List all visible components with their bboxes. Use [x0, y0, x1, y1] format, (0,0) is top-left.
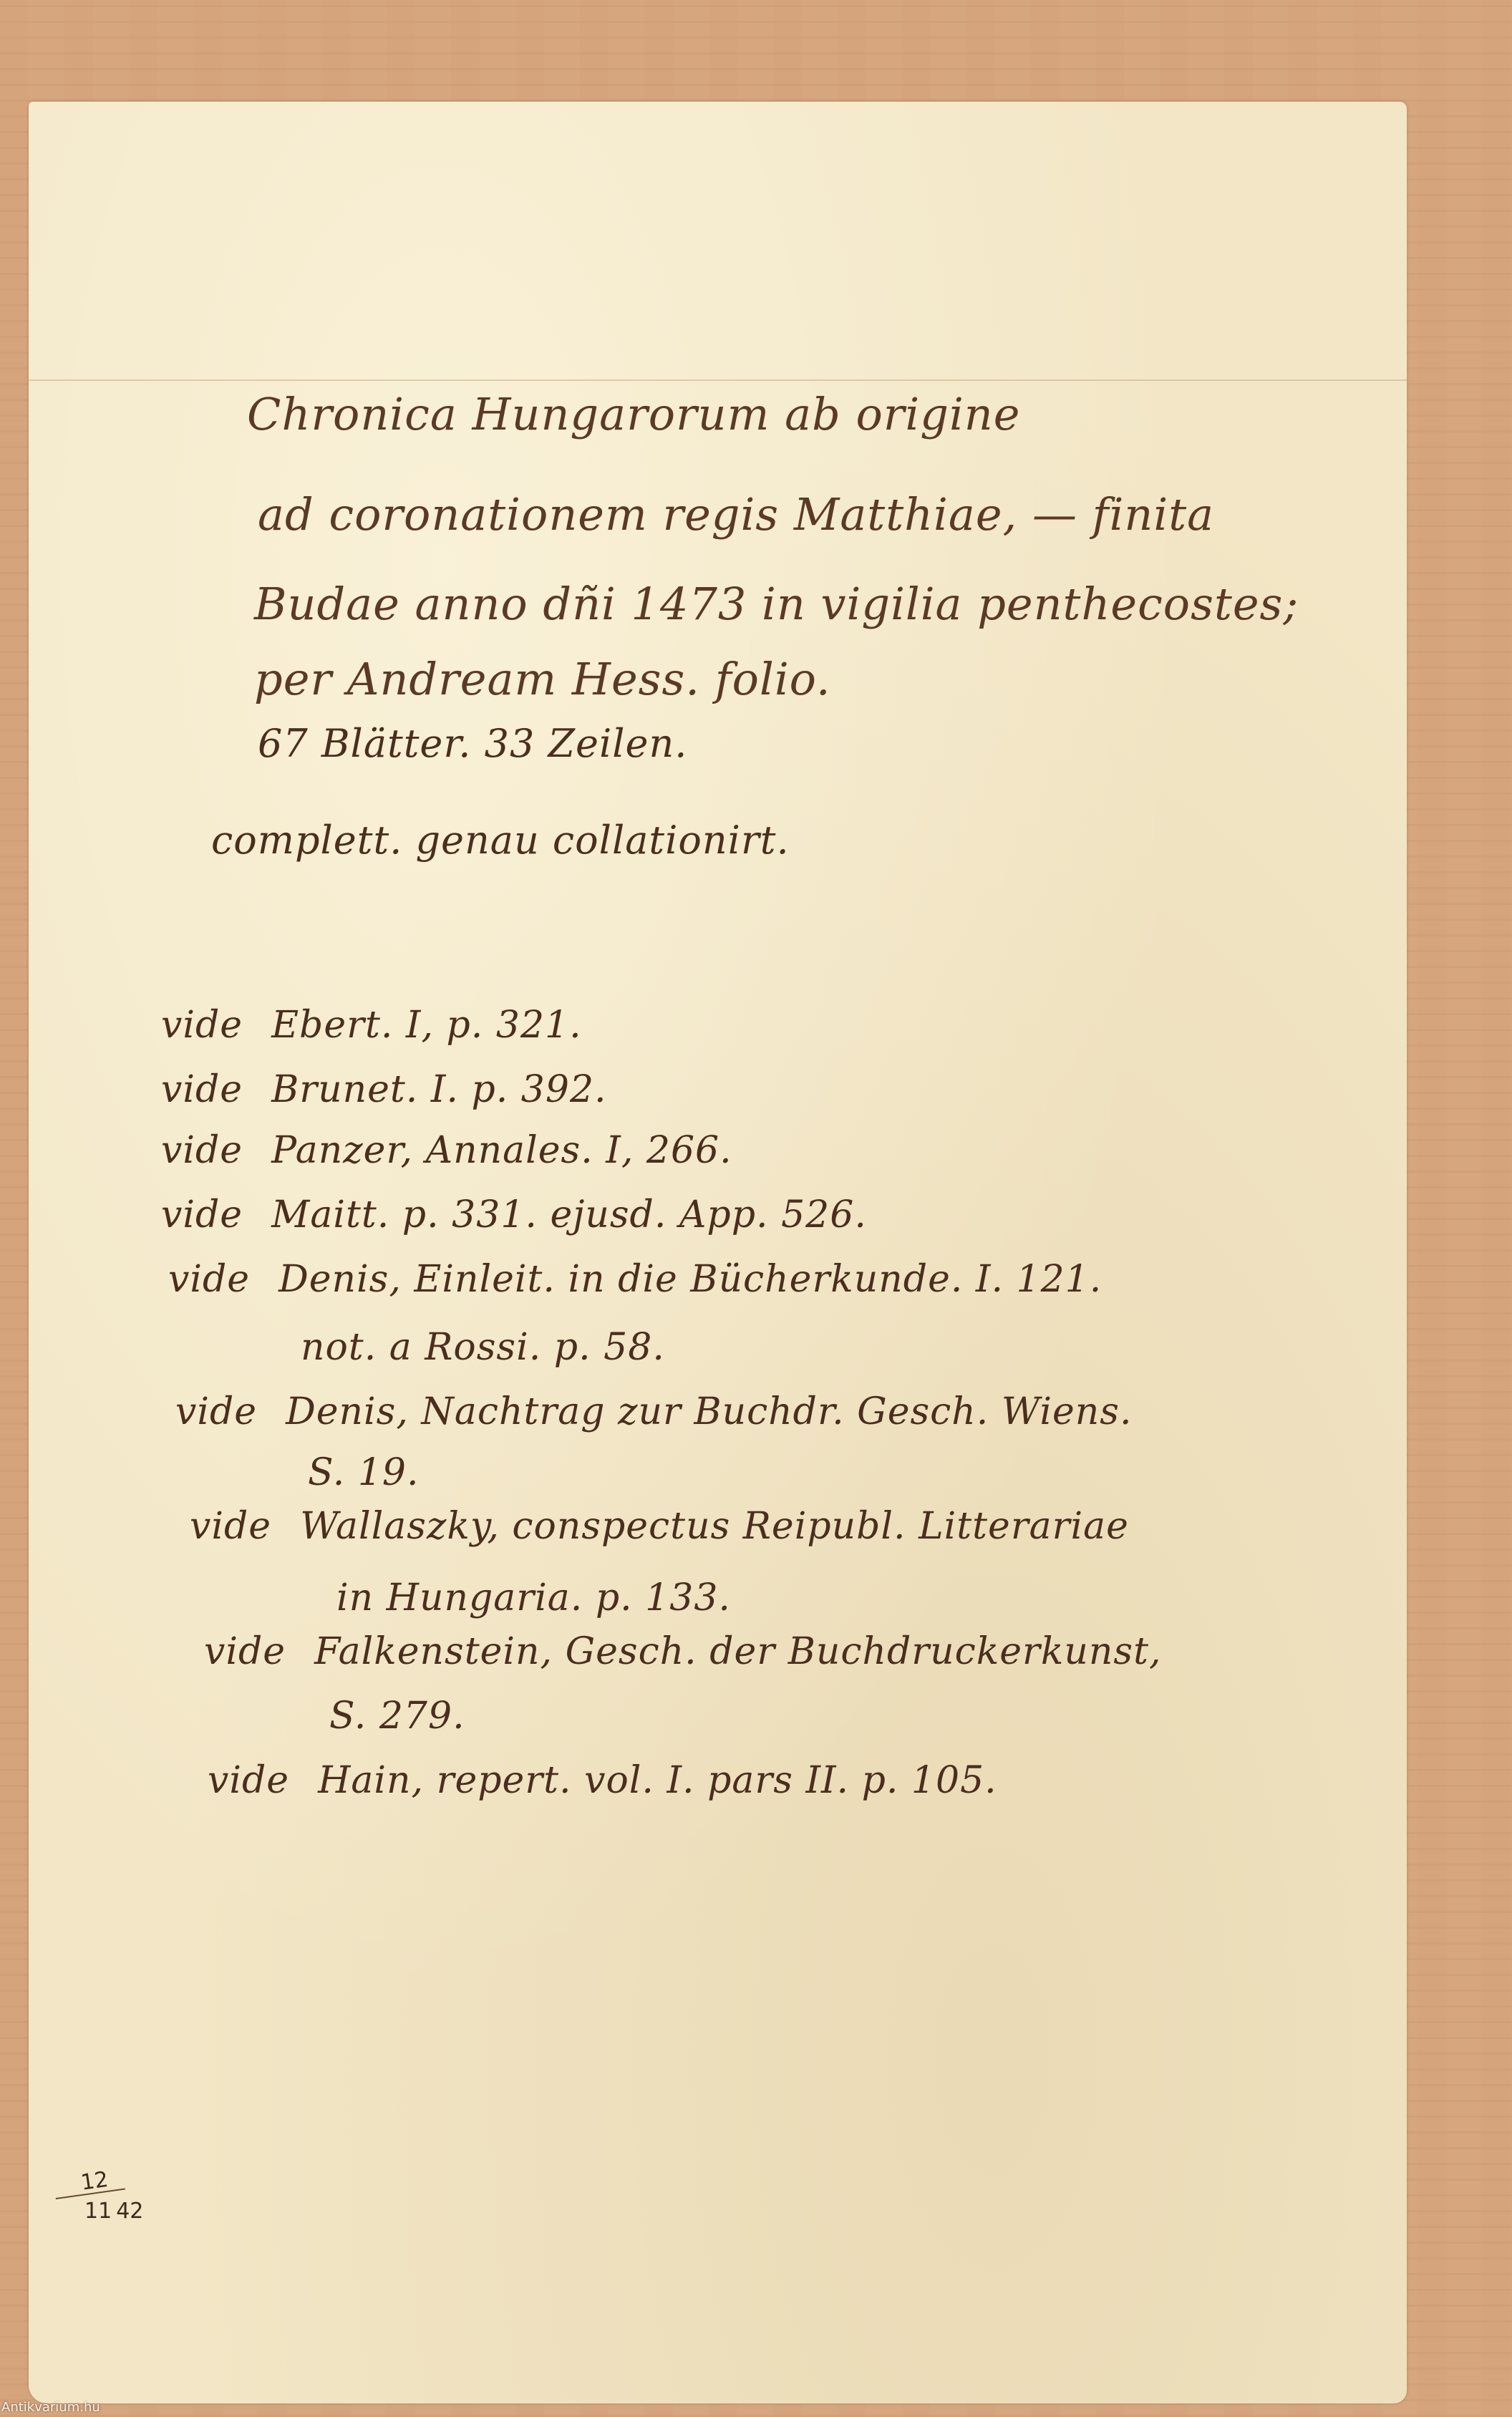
vide-label: vide	[208, 1759, 289, 1802]
paper-fold-line	[29, 379, 1407, 381]
reference-text: Denis, Einleit. in die Bücherkunde. I. 1…	[278, 1258, 1102, 1301]
vide-label: vide	[161, 1129, 243, 1172]
reference-text: Maitt. p. 331. ejusd. App. 526.	[271, 1193, 867, 1236]
shelfmark-suffix: 42	[112, 2199, 143, 2224]
reference-ebert: videEbert. I, p. 321.	[161, 1004, 582, 1047]
shelfmark: 12 1142	[56, 2176, 143, 2222]
manuscript-page: Chronica Hungarorum ab origine ad corona…	[29, 102, 1407, 2403]
watermark: Antikvarium.hu	[1, 2400, 100, 2415]
vide-label: vide	[190, 1505, 271, 1548]
vide-label: vide	[168, 1258, 250, 1301]
reference-text: Panzer, Annales. I, 266.	[271, 1129, 732, 1172]
vide-label: vide	[204, 1630, 286, 1673]
reference-maitt: videMaitt. p. 331. ejusd. App. 526.	[161, 1193, 867, 1236]
title-line-4: per Andream Hess. folio.	[254, 653, 831, 705]
reference-text: Wallaszky, conspectus Reipubl. Litterari…	[300, 1505, 1129, 1548]
reference-denis-einleit: videDenis, Einleit. in die Bücherkunde. …	[168, 1258, 1102, 1301]
vide-label: vide	[161, 1193, 243, 1236]
collation-line: 67 Blätter. 33 Zeilen.	[258, 721, 687, 766]
condition-note: complett. genau collationirt.	[211, 818, 790, 863]
reference-wallaszky: videWallaszky, conspectus Reipubl. Litte…	[190, 1505, 1129, 1548]
reference-falkenstein-continuation: S. 279.	[329, 1695, 465, 1738]
reference-denis-einleit-continuation: not. a Rossi. p. 58.	[301, 1326, 665, 1369]
shelfmark-bottom: 1142	[56, 2201, 143, 2222]
title-line-3: Budae anno dñi 1473 in vigilia penthecos…	[254, 578, 1299, 630]
reference-text: Brunet. I. p. 392.	[271, 1068, 607, 1111]
reference-denis-nachtrag-continuation: S. 19.	[308, 1451, 420, 1494]
reference-text: Hain, repert. vol. I. pars II. p. 105.	[318, 1759, 997, 1802]
reference-falkenstein: videFalkenstein, Gesch. der Buchdruckerk…	[204, 1630, 1162, 1673]
reference-denis-nachtrag: videDenis, Nachtrag zur Buchdr. Gesch. W…	[175, 1390, 1133, 1433]
vide-label: vide	[161, 1004, 243, 1047]
reference-text: Ebert. I, p. 321.	[271, 1004, 582, 1047]
vide-label: vide	[161, 1068, 243, 1111]
reference-text: Falkenstein, Gesch. der Buchdruckerkunst…	[314, 1630, 1161, 1673]
reference-panzer: videPanzer, Annales. I, 266.	[161, 1129, 732, 1172]
reference-hain: videHain, repert. vol. I. pars II. p. 10…	[208, 1759, 997, 1802]
shelfmark-bottom-number: 11	[84, 2199, 112, 2224]
reference-text: Denis, Nachtrag zur Buchdr. Gesch. Wiens…	[286, 1390, 1132, 1433]
reference-brunet: videBrunet. I. p. 392.	[161, 1068, 607, 1111]
title-line-2: ad coronationem regis Matthiae, — finita	[258, 488, 1214, 541]
title-line-1: Chronica Hungarorum ab origine	[247, 388, 1020, 440]
reference-wallaszky-continuation: in Hungaria. p. 133.	[336, 1576, 731, 1619]
vide-label: vide	[175, 1390, 257, 1433]
